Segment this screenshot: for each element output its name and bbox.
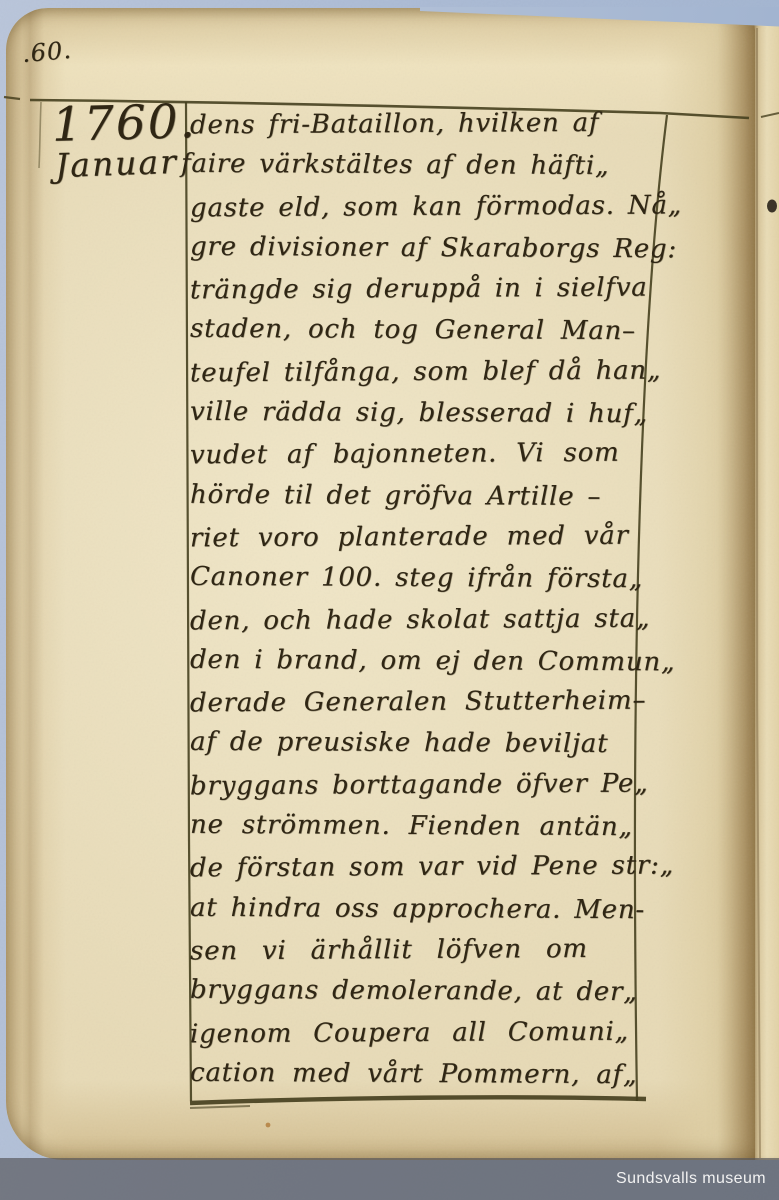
manuscript-line: sen vi ärhållit löfven om [190, 929, 642, 973]
manuscript-line: derade Generalen Stutterheim– [190, 681, 642, 725]
manuscript-line: at hindra oss approchera. Men- [190, 887, 642, 931]
watermark-label: Sundsvalls museum [616, 1170, 766, 1188]
manuscript-line: vudet af bajonneten. Vi som [190, 433, 642, 477]
manuscript-line: den i brand, om ej den Commun„ [190, 640, 642, 684]
manuscript-line: bryggans borttagande öfver Pe„ [190, 763, 642, 807]
manuscript-line: teufel tilfånga, som blef då han„ [190, 350, 642, 394]
manuscript-text-block: dens fri-Bataillon, hvilken af faire vär… [190, 104, 642, 1095]
manuscript-line: igenom Coupera all Comuni„ [190, 1011, 642, 1055]
margin-date-month: Januar [54, 142, 178, 185]
manuscript-line: af de preusiske hade beviljat [190, 722, 642, 766]
manuscript-line: ville rädda sig, blesserad i huf„ [190, 392, 642, 436]
manuscript-line: den, och hade skolat sattja sta„ [190, 598, 642, 642]
manuscript-line: riet voro planterade med vår [190, 516, 642, 560]
page-number: .60. [21, 36, 73, 68]
manuscript-line: faire värkstältes af den häfti„ [181, 144, 642, 188]
manuscript-line: bryggans demolerande, at der„ [190, 970, 642, 1014]
manuscript-line: de förstan som var vid Pene str:„ [190, 846, 642, 890]
manuscript-line: dens fri-Bataillon, hvilken af [190, 103, 642, 147]
manuscript-line: trängde sig deruppå in i sielfva [190, 268, 642, 312]
manuscript-line: hörde til det gröfva Artille – [190, 474, 642, 518]
photo-background: .60. 1760. Januar dens fri-Bataillon, hv… [0, 0, 779, 1200]
manuscript-line: gre divisioner af Skaraborgs Reg: [190, 227, 642, 271]
manuscript-line: ne strömmen. Fienden antän„ [190, 805, 642, 849]
watermark-bar: Sundsvalls museum [0, 1158, 779, 1200]
manuscript-line: cation med vårt Pommern, af„ [190, 1053, 642, 1097]
manuscript-line: Canoner 100. steg ifrån första„ [190, 557, 642, 601]
next-page-edge [752, 18, 779, 1160]
manuscript-line: gaste eld, som kan förmodas. Nå„ [190, 185, 642, 229]
manuscript-line: staden, och tog General Man– [190, 309, 642, 353]
